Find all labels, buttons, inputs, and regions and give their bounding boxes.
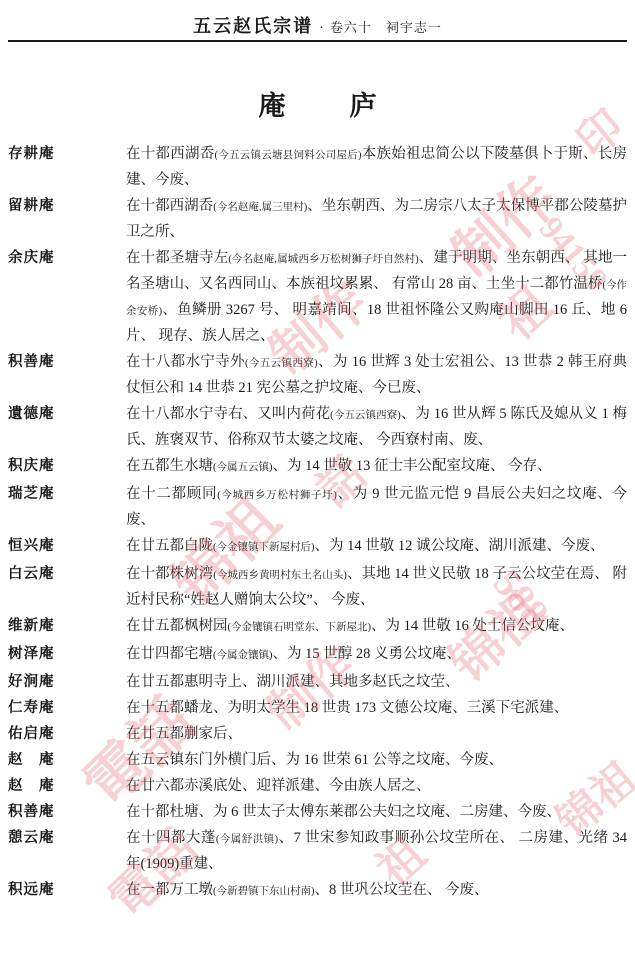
description-text: 在十都西湖岙 xyxy=(126,146,215,162)
genealogy-entry: 恒兴庵在廿五都白陇(今金镶镇下新屋村后)、为 14 世敬 12 诚公坟庵、湖川派… xyxy=(8,534,627,560)
entry-name: 余庆庵 xyxy=(8,246,126,270)
entry-name: 积庆庵 xyxy=(8,454,126,478)
entry-description: 在十都西湖岙(今名赵庵,属三里村)、坐东朝西、为二房宗八太子太保博平郡公陵墓护卫… xyxy=(126,194,627,244)
entry-name: 好涧庵 xyxy=(8,670,126,694)
entry-description: 在廿五都白陇(今金镶镇下新屋村后)、为 14 世敬 12 诚公坟庵、湖川派建、今… xyxy=(126,534,627,560)
entry-description: 在廿五都蒯家后、 xyxy=(126,722,627,746)
genealogy-entry: 憩云庵在十四都大蓬(今属舒洪镇)、7 世宋参知政事顺孙公坟茔所在、 二房建、光绪… xyxy=(8,826,627,876)
entry-name: 赵 庵 xyxy=(8,774,126,798)
entry-description: 在廿六都赤溪底处、迎祥派建、今由族人居之、 xyxy=(126,774,627,798)
annotation-text: (今新碧镇下东山村南) xyxy=(213,886,315,897)
entry-name: 恒兴庵 xyxy=(8,534,126,558)
entry-name: 积善庵 xyxy=(8,350,126,374)
genealogy-entry: 积庆庵在五都生水塘(今属五云镇)、为 14 世敬 13 征士丰公配室坟庵、 今存… xyxy=(8,454,627,480)
description-text: 、鱼鳞册 3267 号、 明嘉靖间、18 世祖怀隆公又购庵山脚田 16 丘、地 … xyxy=(126,302,627,344)
description-text: 在十八都水宁寺外 xyxy=(126,354,245,370)
entry-description: 在十八都水宁寺右、又叫内荷花(今五云镇西寮)、为 16 世从辉 5 陈氏及媳从义… xyxy=(126,402,627,452)
annotation-text: (今五云镇西寮) xyxy=(330,410,401,421)
genealogy-entry: 留耕庵在十都西湖岙(今名赵庵,属三里村)、坐东朝西、为二房宗八太子太保博平郡公陵… xyxy=(8,194,627,244)
annotation-text: (今属金镶镇) xyxy=(213,650,273,661)
description-text: 在十二都顾同 xyxy=(126,486,217,502)
description-text: 在廿六都赤溪底处、迎祥派建、今由族人居之、 xyxy=(126,778,431,794)
entry-description: 在十二都顾同(今城西乡万松村狮子圩)、为 9 世元监元恺 9 昌辰公夫妇之坟庵、… xyxy=(126,482,627,532)
genealogy-entry: 余庆庵在十都圣塘寺左(今名赵庵,属城西乡万松树狮子圩自然村)、建于明期、坐东朝西… xyxy=(8,246,627,348)
annotation-text: (今城西乡万松村狮子圩) xyxy=(217,490,337,501)
annotation-text: (今名赵庵,属城西乡万松树狮子圩自然村) xyxy=(228,254,418,265)
genealogy-entry: 存耕庵在十都西湖岙(今五云镇云塘县饲料公司屋后)本族始祖忠简公以下陵墓俱卜于斯、… xyxy=(8,142,627,192)
annotation-text: (今属舒洪镇) xyxy=(216,834,278,845)
genealogy-entry: 白云庵在十都株树湾(今城西乡黄明村东土名山头)、其地 14 世义民敬 18 子云… xyxy=(8,562,627,612)
entry-name: 憩云庵 xyxy=(8,826,126,850)
genealogy-entry: 积善庵在十八都水宁寺外(今五云镇西寮)、为 16 世辉 3 处士宏祖公、13 世… xyxy=(8,350,627,400)
running-header: 五云赵氏宗谱·卷六十 祠宇志一 xyxy=(0,12,635,38)
entry-description: 在十八都水宁寺外(今五云镇西寮)、为 16 世辉 3 处士宏祖公、13 世恭 2… xyxy=(126,350,627,400)
entry-name: 仁寿庵 xyxy=(8,696,126,720)
chapter-title: 庵庐 xyxy=(0,84,635,123)
genealogy-entry: 瑞芝庵在十二都顾同(今城西乡万松村狮子圩)、为 9 世元监元恺 9 昌辰公夫妇之… xyxy=(8,482,627,532)
entry-description: 在廿五都枫树园(今金镶镇石明堂东、下新屋北)、为 14 世敬 16 处士信公坟庵… xyxy=(126,614,627,640)
genealogy-entry: 赵 庵在廿六都赤溪底处、迎祥派建、今由族人居之、 xyxy=(8,774,627,798)
entry-name: 赵 庵 xyxy=(8,748,126,772)
genealogy-entry: 赵 庵在五云镇东门外横门后、为 16 世荣 61 公等之坟庵、今废、 xyxy=(8,748,627,772)
description-text: 在五云镇东门外横门后、为 16 世荣 61 公等之坟庵、今废、 xyxy=(126,752,503,768)
genealogy-entry: 维新庵在廿五都枫树园(今金镶镇石明堂东、下新屋北)、为 14 世敬 16 处士信… xyxy=(8,614,627,640)
description-text: 在十八都水宁寺右、又叫内荷花 xyxy=(126,406,330,422)
entry-description: 在十都圣塘寺左(今名赵庵,属城西乡万松树狮子圩自然村)、建于明期、坐东朝西、 其… xyxy=(126,246,627,348)
description-text: 在十都圣塘寺左 xyxy=(126,250,228,266)
description-text: 在十都西湖岙 xyxy=(126,198,213,214)
description-text: 在十四都大蓬 xyxy=(126,830,216,846)
description-text: 在廿四都宅塘 xyxy=(126,646,213,662)
annotation-text: (今名赵庵,属三里村) xyxy=(213,202,307,213)
annotation-text: (今金镶镇石明堂东、下新屋北) xyxy=(228,622,372,633)
genealogy-entry: 好涧庵在廿五都惠明寺上、湖川派建、其地多赵氏之坟茔、 xyxy=(8,670,627,694)
annotation-text: (今属五云镇) xyxy=(213,462,273,473)
entry-description: 在廿五都惠明寺上、湖川派建、其地多赵氏之坟茔、 xyxy=(126,670,627,694)
description-text: 在十五都蟠龙、为明太学生 18 世贵 173 文德公坟庵、三溪下宅派建、 xyxy=(126,700,568,716)
chapter-title-char-right: 庐 xyxy=(350,91,377,121)
entry-name: 留耕庵 xyxy=(8,194,126,218)
genealogy-entry: 遺德庵在十八都水宁寺右、又叫内荷花(今五云镇西寮)、为 16 世从辉 5 陈氏及… xyxy=(8,402,627,452)
description-text: 在廿五都白陇 xyxy=(126,538,213,554)
chapter-title-char-left: 庵 xyxy=(259,91,286,121)
annotation-text: (今城西乡黄明村东土名山头) xyxy=(213,570,347,581)
entry-description: 在一都万工墩(今新碧镇下东山村南)、8 世巩公坟茔在、 今废、 xyxy=(126,878,627,904)
entry-name: 维新庵 xyxy=(8,614,126,638)
entry-name: 积远庵 xyxy=(8,878,126,902)
entry-description: 在十五都蟠龙、为明太学生 18 世贵 173 文德公坟庵、三溪下宅派建、 xyxy=(126,696,627,720)
description-text: 在五都生水塘 xyxy=(126,458,213,474)
entry-name: 积善庵 xyxy=(8,800,126,824)
description-text: 、为 14 世敬 12 诚公坟庵、湖川派建、今废、 xyxy=(315,538,605,554)
entry-description: 在十四都大蓬(今属舒洪镇)、7 世宋参知政事顺孙公坟茔所在、 二房建、光绪 34… xyxy=(126,826,627,876)
entry-description: 在五都生水塘(今属五云镇)、为 14 世敬 13 征士丰公配室坟庵、 今存、 xyxy=(126,454,627,480)
description-text: 在十都杜塘、为 6 世太子太傅东莱郡公夫妇之坟庵、二房建、今废、 xyxy=(126,804,561,820)
genealogy-entry: 树泽庵在廿四都宅塘(今属金镶镇)、为 15 世醇 28 义勇公坟庵、 xyxy=(8,642,627,668)
entries-list: 存耕庵在十都西湖岙(今五云镇云塘县饲料公司屋后)本族始祖忠简公以下陵墓俱卜于斯、… xyxy=(8,142,627,906)
entry-description: 在五云镇东门外横门后、为 16 世荣 61 公等之坟庵、今废、 xyxy=(126,748,627,772)
entry-name: 存耕庵 xyxy=(8,142,126,166)
entry-name: 白云庵 xyxy=(8,562,126,586)
volume-title: 卷六十 祠宇志一 xyxy=(330,20,442,35)
genealogy-entry: 积远庵在一都万工墩(今新碧镇下东山村南)、8 世巩公坟茔在、 今废、 xyxy=(8,878,627,904)
genealogy-entry: 佑启庵在廿五都蒯家后、 xyxy=(8,722,627,746)
title-separator: · xyxy=(319,21,324,36)
entry-name: 树泽庵 xyxy=(8,642,126,666)
description-text: 、为 15 世醇 28 义勇公坟庵、 xyxy=(273,646,462,662)
description-text: 、为 14 世敬 16 处士信公坟庵、 xyxy=(371,618,574,634)
entry-name: 瑞芝庵 xyxy=(8,482,126,506)
header-rule xyxy=(8,40,627,42)
genealogy-entry: 积善庵在十都杜塘、为 6 世太子太傅东莱郡公夫妇之坟庵、二房建、今废、 xyxy=(8,800,627,824)
book-title: 五云赵氏宗谱 xyxy=(193,16,313,36)
annotation-text: (今金镶镇下新屋村后) xyxy=(213,542,315,553)
entry-name: 佑启庵 xyxy=(8,722,126,746)
entry-description: 在十都株树湾(今城西乡黄明村东土名山头)、其地 14 世义民敬 18 子云公坟茔… xyxy=(126,562,627,612)
entry-description: 在十都西湖岙(今五云镇云塘县饲料公司屋后)本族始祖忠简公以下陵墓俱卜于斯、长房建… xyxy=(126,142,627,192)
genealogy-page: 制作祖制作94159锦祖話電話制作588锦祖印電話祖锦祖 五云赵氏宗谱·卷六十 … xyxy=(0,0,635,957)
description-text: 在廿五都枫树园 xyxy=(126,618,228,634)
annotation-text: (今五云镇云塘县饲料公司屋后) xyxy=(215,150,362,161)
description-text: 在一都万工墩 xyxy=(126,882,213,898)
annotation-text: (今五云镇西寮) xyxy=(245,358,318,369)
entry-description: 在十都杜塘、为 6 世太子太傅东莱郡公夫妇之坟庵、二房建、今废、 xyxy=(126,800,627,824)
entry-name: 遺德庵 xyxy=(8,402,126,426)
description-text: 在廿五都蒯家后、 xyxy=(126,726,242,742)
description-text: 在十都株树湾 xyxy=(126,566,213,582)
description-text: 、8 世巩公坟茔在、 今废、 xyxy=(315,882,489,898)
description-text: 在廿五都惠明寺上、湖川派建、其地多赵氏之坟茔、 xyxy=(126,674,460,690)
description-text: 、为 14 世敬 13 征士丰公配室坟庵、 今存、 xyxy=(273,458,552,474)
entry-description: 在廿四都宅塘(今属金镶镇)、为 15 世醇 28 义勇公坟庵、 xyxy=(126,642,627,668)
genealogy-entry: 仁寿庵在十五都蟠龙、为明太学生 18 世贵 173 文德公坟庵、三溪下宅派建、 xyxy=(8,696,627,720)
